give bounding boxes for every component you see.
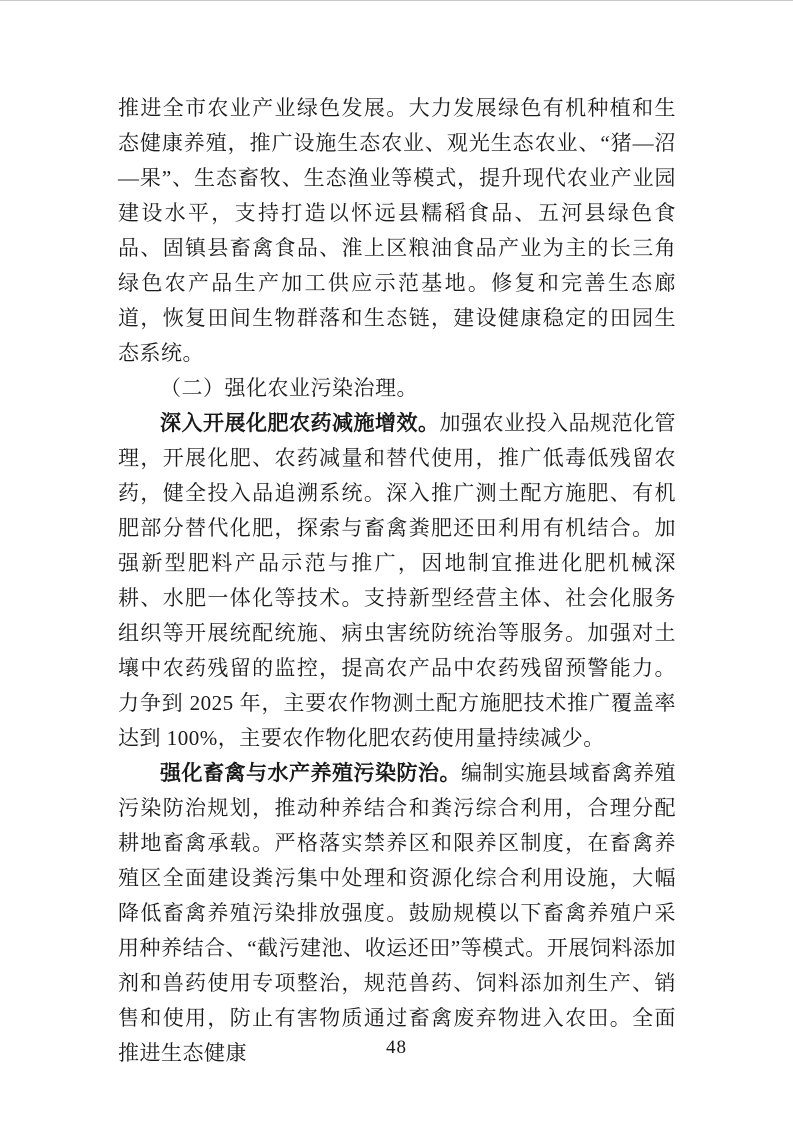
document-page: { "document": { "paragraphs": [ { "name"… xyxy=(0,0,793,1122)
paragraph-text-run: （二）强化农业污染治理。 xyxy=(160,376,418,400)
page-number: 48 xyxy=(386,1037,407,1058)
page-footer: 48 xyxy=(0,1037,793,1059)
paragraph-text-run: 编制实施县域畜禽养殖污染防治规划，推动种养结合和粪污综合利用，合理分配耕地畜禽承… xyxy=(118,761,676,1065)
paragraph-lead-bold-run: 强化畜禽与水产养殖污染防治。 xyxy=(160,761,461,785)
paragraph-fertilizer-pesticide-reduction: 深入开展化肥农药减施增效。加强农业投入品规范化管理，开展化肥、农药减量和替代使用… xyxy=(118,406,676,756)
document-body: 推进全市农业产业绿色发展。大力发展绿色有机种植和生态健康养殖，推广设施生态农业、… xyxy=(118,91,676,1071)
section-heading-2: （二）强化农业污染治理。 xyxy=(118,371,676,406)
paragraph-text-run: 加强农业投入品规范化管理，开展化肥、农药减量和替代使用，推广低毒低残留农药，健全… xyxy=(118,411,676,750)
paragraph-text-run: 推进全市农业产业绿色发展。大力发展绿色有机种植和生态健康养殖，推广设施生态农业、… xyxy=(118,96,676,365)
paragraph-green-agriculture: 推进全市农业产业绿色发展。大力发展绿色有机种植和生态健康养殖，推广设施生态农业、… xyxy=(118,91,676,371)
paragraph-lead-bold-run: 深入开展化肥农药减施增效。 xyxy=(160,411,440,435)
paragraph-livestock-aquaculture-pollution: 强化畜禽与水产养殖污染防治。编制实施县域畜禽养殖污染防治规划，推动种养结合和粪污… xyxy=(118,756,676,1071)
